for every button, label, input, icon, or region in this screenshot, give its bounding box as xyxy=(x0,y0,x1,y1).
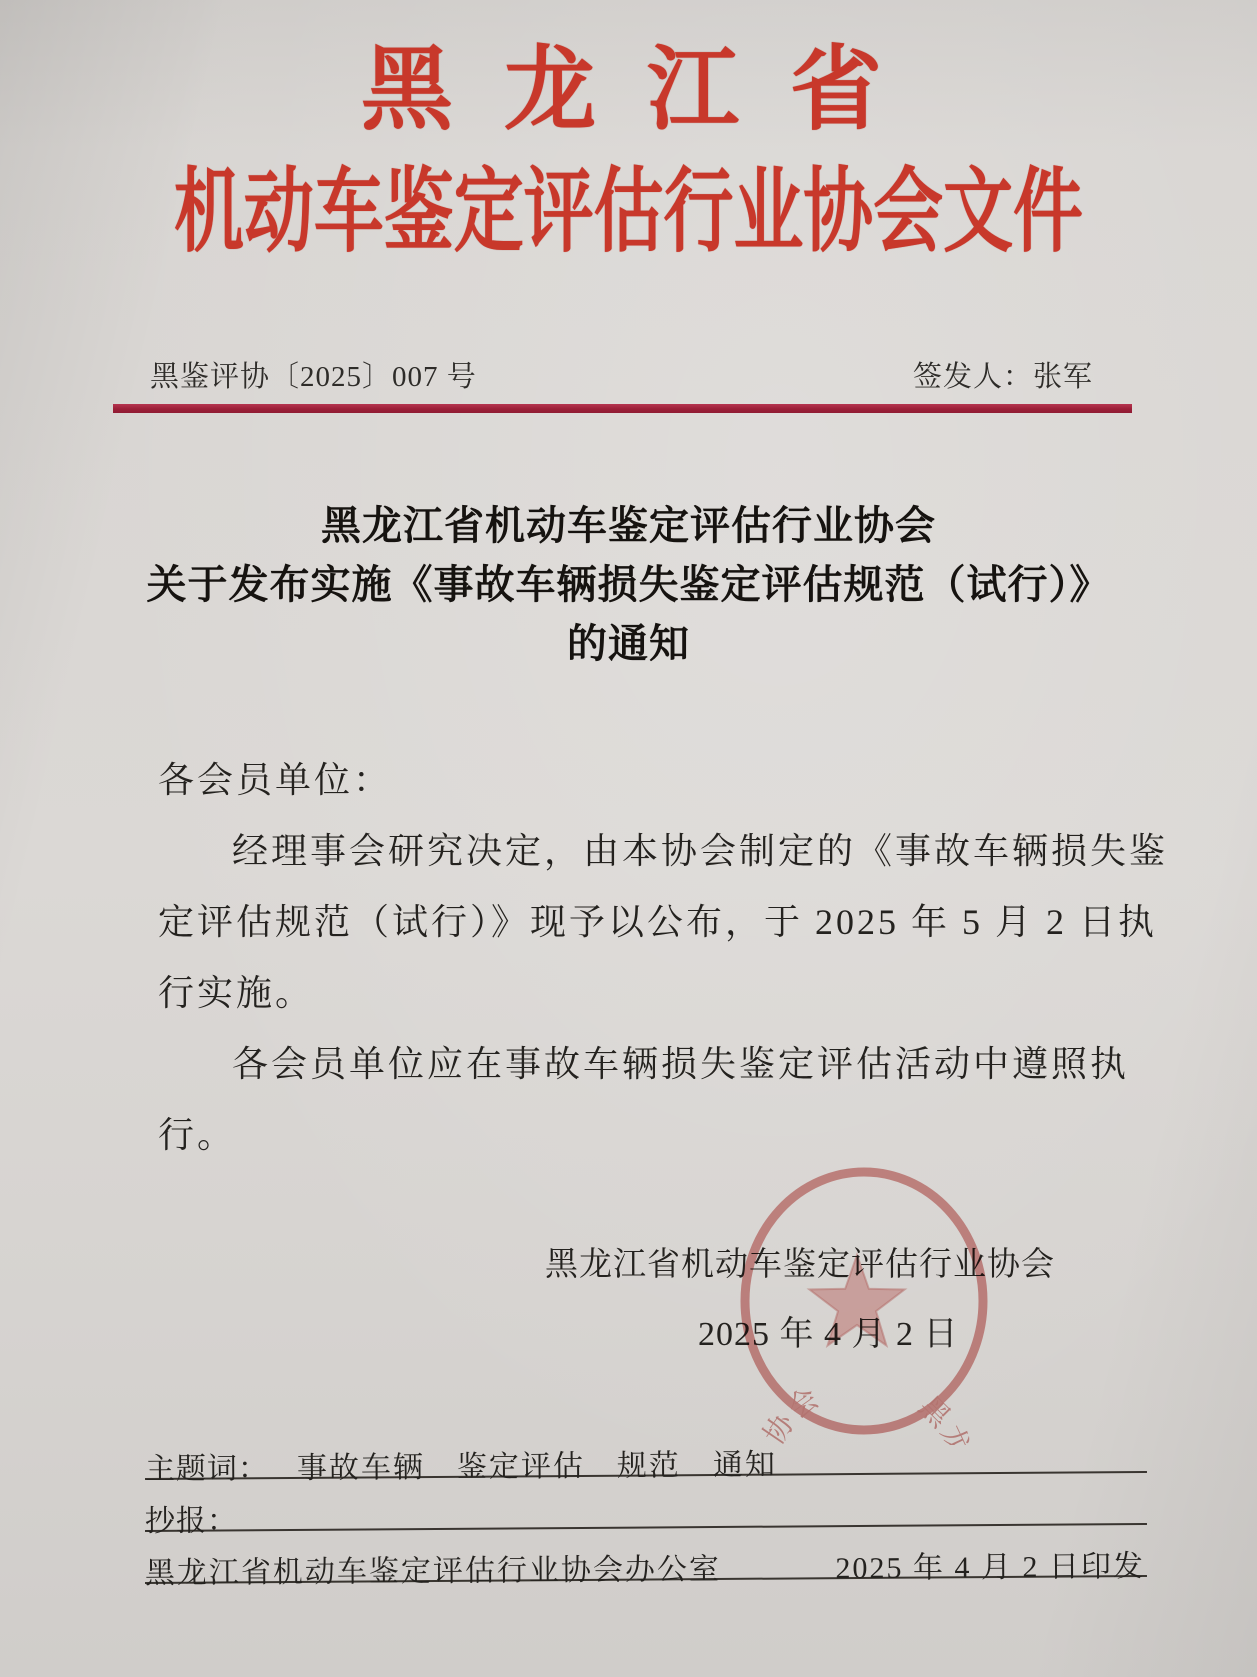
title-line-3: 的通知 xyxy=(0,614,1257,673)
issuing-office: 黑龙江省机动车鉴定评估行业协会办公室 xyxy=(145,1544,721,1582)
subject-terms: 事故车辆 鉴定评估 规范 通知 xyxy=(297,1449,777,1485)
red-separator-rule xyxy=(113,404,1132,413)
body-line: 经理事会研究决定，由本协会制定的《事故车辆损失鉴 xyxy=(158,816,1143,887)
cc-label: 抄报： xyxy=(145,1504,238,1538)
title-line-1: 黑龙江省机动车鉴定评估行业协会 xyxy=(0,496,1257,555)
document-number: 黑鉴评协〔2025〕007 号 xyxy=(150,354,477,395)
subject-keywords-row: 主题词：事故车辆 鉴定评估 规范 通知 xyxy=(145,1437,1147,1480)
body-line: 行实施。 xyxy=(158,958,1143,1029)
salutation: 各会员单位： xyxy=(158,745,1143,816)
star-icon xyxy=(809,1255,904,1346)
scanned-official-document: { "page": { "paper_color": "#d8d5d2", "a… xyxy=(0,0,1257,1677)
issuing-office-row: 黑龙江省机动车鉴定评估行业协会办公室 2025 年 4 月 2 日印发 xyxy=(145,1541,1147,1584)
body-line: 各会员单位应在事故车辆损失鉴定评估活动中遵照执 xyxy=(158,1029,1143,1100)
official-seal-stamp: 黑龙江省机动车鉴定评估行业协会 xyxy=(735,1165,1005,1445)
document-body: 各会员单位： 经理事会研究决定，由本协会制定的《事故车辆损失鉴 定评估规范（试行… xyxy=(158,745,1143,1171)
body-line: 行。 xyxy=(158,1100,1143,1171)
title-line-2: 关于发布实施《事故车辆损失鉴定评估规范（试行）》 xyxy=(0,555,1257,614)
document-meta-row: 黑鉴评协〔2025〕007 号 签发人：张军 xyxy=(0,354,1257,394)
subject-label: 主题词： xyxy=(145,1452,269,1486)
letterhead-province-line: 黑 龙 江 省 xyxy=(0,38,1257,142)
print-date: 2025 年 4 月 2 日印发 xyxy=(835,1541,1147,1577)
issuer-name: 签发人：张军 xyxy=(913,354,1093,395)
letterhead-association-line: 机动车鉴定评估行业协会文件 xyxy=(151,158,1106,266)
document-title: 黑龙江省机动车鉴定评估行业协会 关于发布实施《事故车辆损失鉴定评估规范（试行）》… xyxy=(0,496,1257,673)
cc-row: 抄报： xyxy=(145,1489,1147,1532)
body-line: 定评估规范（试行）》现予以公布，于 2025 年 5 月 2 日执 xyxy=(158,887,1143,958)
